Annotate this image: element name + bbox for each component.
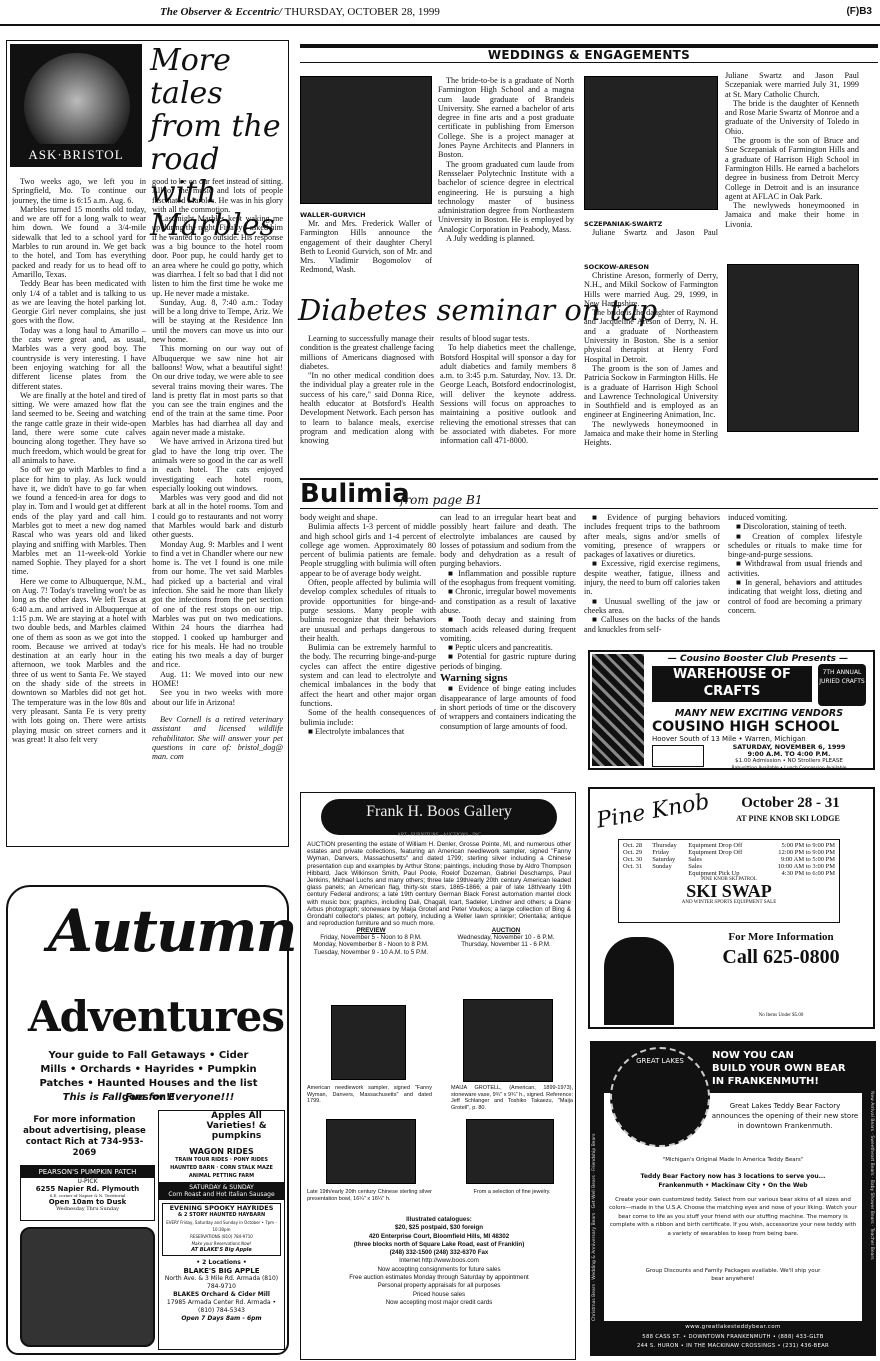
website-link[interactable]: www.greatlakesteddybear.com [590,1324,876,1330]
schedule-table: Oct. 28ThursdayEquipment Drop Off5:00 PM… [621,842,837,877]
auction-description: AUCTION presenting the estate of William… [307,841,571,927]
wedding-text: The bride-to-be is a graduate of North F… [438,76,574,243]
ask-bristol-logo: ASK·BRISTOL [10,44,142,167]
logo-label: ASK·BRISTOL [11,144,141,166]
photo-caption: SOCKOW-ARESON [584,263,649,271]
author-bio: Bev Cornell is a retired veterinary assi… [152,715,283,761]
section-rule [300,508,878,509]
article-column-2: good to be on our feet instead of sittin… [152,177,283,837]
wedding-text: Mr. and Mrs. Frederick Waller of Farming… [300,219,432,275]
map-icon [652,745,704,767]
table-row: Equipment Pick Up4:30 PM to 6:00 PM [621,870,837,877]
phone-number: Call 625-0800 [690,946,872,969]
bulimia-headline: Bulimia [300,479,410,509]
diabetes-headline: Diabetes seminar on tap [298,293,578,327]
gallery-contact-info: Illustrated catalogues: $20, $25 postpai… [307,1216,571,1307]
pine-knob-ski-swap-ad: Pine Knob October 28 - 31 AT PINE KNOB S… [588,787,875,1029]
quilt-pattern-icon [592,654,644,766]
photo-caption: MAIJA GROTELL, (American, 1899-1973), st… [451,1085,573,1111]
cousino-craft-show-ad: — Cousino Booster Club Presents — WAREHO… [588,650,875,770]
masthead-title: The Observer & Eccentric/ THURSDAY, OCTO… [160,6,440,18]
diabetes-column-2: results of blood sugar tests. To help di… [440,334,576,446]
great-lakes-bear-logo: GREAT LAKES [610,1047,710,1147]
table-row: Oct. 31SundaySales10:00 AM to 3:00 PM [621,863,837,870]
table-row: Oct. 29FridayEquipment Drop Off12:00 PM … [621,849,837,856]
table-row: Oct. 28ThursdayEquipment Drop Off5:00 PM… [621,842,837,849]
photo-caption: WALLER-GURVICH [300,211,366,219]
photo-caption: Late 19th/early 20th century Chinese ste… [307,1189,432,1202]
advertising-contact: For more information about advertising, … [22,1115,147,1159]
needlework-sampler-photo [331,1005,406,1080]
article-column-1: Two weeks ago, we left you in Springfiel… [12,177,146,837]
advertisement-image [20,1227,155,1347]
schedule-table-box: Oct. 28ThursdayEquipment Drop Off5:00 PM… [618,839,840,923]
blakes-big-apple-ad: Apples All Varieties! & pumpkins WAGON R… [158,1110,285,1350]
event-title: WAREHOUSE OF CRAFTS [652,666,812,702]
waller-gurvich-photo [300,76,432,204]
section-title: WEDDINGS & ENGAGEMENTS [300,48,878,63]
autumn-adventures-ad: Autumn Adventures Your guide to Fall Get… [6,885,289,1355]
jump-line: from page B1 [400,493,482,507]
pine-knob-logo: Pine Knob [595,789,712,833]
autumn-script-title: Autumn [48,897,296,965]
bear-ad-headline: NOW YOU CAN BUILD YOUR OWN BEAR IN FRANK… [712,1049,846,1088]
photo-caption: From a selection of fine jewelry. [451,1189,573,1196]
teddy-bear-factory-ad: Christmas Bears · Wedding & Anniversary … [590,1041,876,1356]
skier-illustration-icon [604,937,674,1025]
wedding-text: Juliane Swartz and Jason Paul Sczepaniak… [584,228,718,238]
page-number: (F)B3 [846,6,872,17]
bulimia-column-2: can lead to an irregular heart beat and … [440,513,576,731]
preview-schedule: PREVIEW Friday, November 5 - Noon to 8 P… [307,927,435,956]
masthead: The Observer & Eccentric/ THURSDAY, OCTO… [0,0,880,26]
subhead: Warning signs [440,674,576,683]
table-row: Oct. 30SaturdaySales9:00 AM to 5:00 PM [621,856,837,863]
bulimia-column-1: body weight and shape. Bulimia affects 1… [300,513,436,736]
boos-gallery-ad: Frank H. Boos Gallery ART · FURNITURE · … [300,792,576,1360]
grotell-vase-photo [463,999,553,1082]
bulimia-column-4: induced vomiting. ■ Discoloration, stain… [728,513,862,615]
silver-bowl-photo [326,1119,416,1184]
wedding-text: Juliane Swartz and Jason Paul Sczepaniak… [725,71,859,229]
jewelry-photo [466,1119,554,1184]
photo-caption: American needlework sampler, signed "Fan… [307,1085,432,1105]
photo-caption: SCZEPANIAK-SWARTZ [584,220,662,228]
juried-crafts-badge: 7TH ANNUAL JURIED CRAFTS [818,664,866,706]
fall-fun-text: This is Fall Fun for Everyone!!! [36,1092,261,1103]
sockow-areson-photo [727,264,859,432]
bulimia-column-3: ■ Evidence of purging behaviors includes… [584,513,720,634]
diabetes-column-1: Learning to successfully manage their co… [300,334,434,446]
pearsons-pumpkin-patch-ad: PEARSON'S PUMPKIN PATCH U-PICK 6255 Napi… [20,1165,155,1221]
auction-schedule: AUCTION Wednesday, November 10 - 6 P.M. … [441,927,571,949]
sczepaniak-swartz-photo [584,76,718,210]
gallery-logo: Frank H. Boos Gallery ART · FURNITURE · … [321,799,557,835]
adventures-title: Adventures [28,992,284,1041]
